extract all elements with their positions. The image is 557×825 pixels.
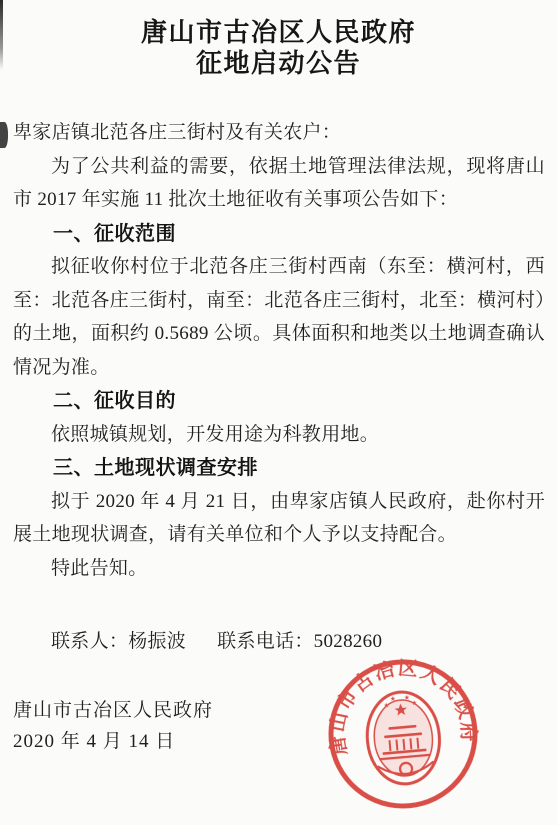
scan-smudge-artifact <box>0 122 8 148</box>
document-title: 唐山市古冶区人民政府 征地启动公告 <box>0 0 557 79</box>
gear-icon <box>400 762 413 775</box>
section-1-body: 拟征收你村位于北范各庄三街村西南（东至：横河村，西至：北范各庄三街村，南至：北范… <box>13 250 545 384</box>
section-2-body: 依照城镇规划，开发用途为科教用地。 <box>13 418 545 452</box>
salutation: 卑家店镇北范各庄三街村及有关农户： <box>13 116 545 150</box>
contact-line: 联系人：杨振波 联系电话：5028260 <box>13 625 545 659</box>
contact-person: 联系人：杨振波 <box>51 631 186 652</box>
section-2-heading: 二、征收目的 <box>13 384 545 418</box>
announcement-document: 唐山市古冶区人民政府 征地启动公告 卑家店镇北范各庄三街村及有关农户： 为了公共… <box>0 0 557 825</box>
section-1-heading: 一、征收范围 <box>13 217 545 251</box>
title-subject-line: 征地启动公告 <box>0 48 557 79</box>
scan-edge-artifact <box>0 0 3 70</box>
signature-block: 唐山市古冶区人民政府 2020 年 4 月 14 日 <box>13 695 545 757</box>
document-body: 卑家店镇北范各庄三街村及有关农户： 为了公共利益的需要，依据土地管理法律法规，现… <box>0 116 557 757</box>
ribbon-icon <box>378 761 435 776</box>
section-3-body: 拟于 2020 年 4 月 21 日，由卑家店镇人民政府，赴你村开展土地现状调查… <box>13 485 545 552</box>
intro-paragraph: 为了公共利益的需要，依据土地管理法律法规，现将唐山市 2017 年实施 11 批… <box>13 150 545 217</box>
signature-date: 2020 年 4 月 14 日 <box>13 726 545 757</box>
contact-phone: 联系电话：5028260 <box>217 631 382 652</box>
signature-issuer: 唐山市古冶区人民政府 <box>13 695 545 726</box>
closing-line: 特此告知。 <box>13 552 545 586</box>
section-3-heading: 三、土地现状调查安排 <box>13 451 545 485</box>
title-issuer-line: 唐山市古冶区人民政府 <box>0 17 557 48</box>
